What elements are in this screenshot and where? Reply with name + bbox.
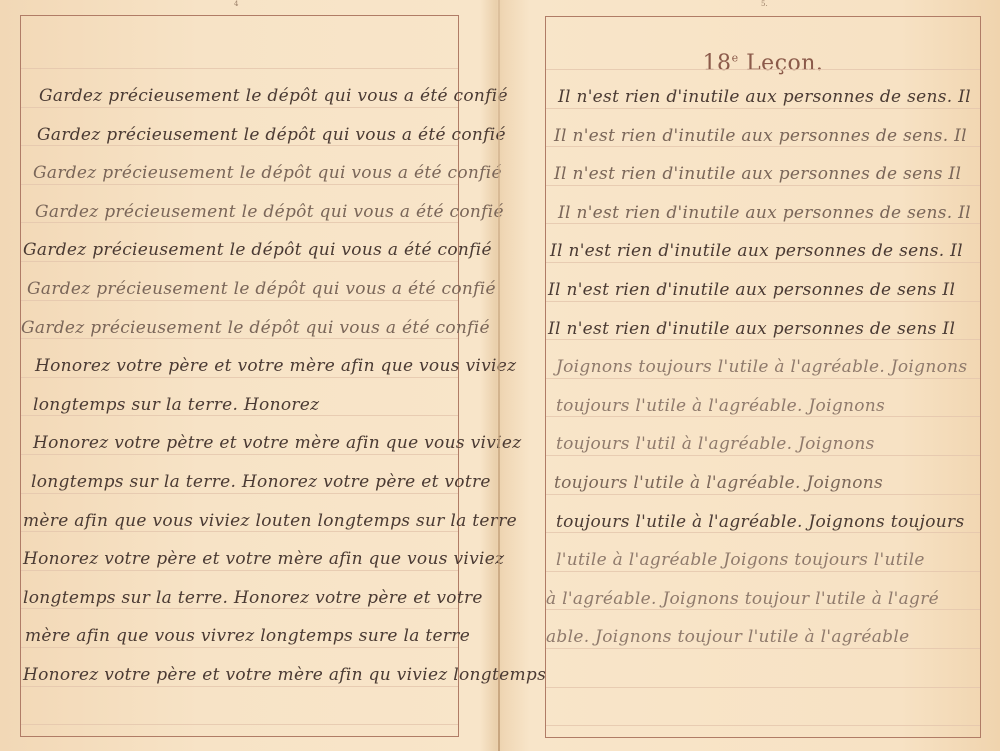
handwritten-line: Gardez précieusement le dépôt qui vous a… (33, 163, 502, 183)
ruled-line (21, 531, 458, 532)
handwritten-line: Il n'est rien d'inutile aux personnes de… (558, 87, 971, 107)
handwritten-line: toujours l'utile à l'agréable. Joignons (554, 473, 883, 493)
ruled-line (546, 339, 980, 340)
left-page-number: 4 (234, 0, 238, 8)
handwritten-line: Gardez précieusement le dépôt qui vous a… (37, 125, 506, 145)
ruled-line (546, 494, 980, 495)
right-page-frame: 18e Leçon. Il n'est rien d'inutile aux p… (545, 16, 981, 738)
ruled-line (21, 68, 458, 69)
lesson-word: Leçon. (739, 51, 824, 76)
ruled-line (546, 571, 980, 572)
handwritten-line: longtemps sur la terre. Honorez votre pè… (31, 472, 491, 492)
handwritten-line: Il n'est rien d'inutile aux personnes de… (548, 319, 955, 339)
lesson-number: 18 (703, 51, 732, 76)
handwritten-line: Joignons toujours l'utile à l'agréable. … (556, 357, 967, 377)
handwritten-line: Gardez précieusement le dépôt qui vous a… (27, 279, 496, 299)
handwritten-line: mère afin que vous viviez louten longtem… (23, 511, 517, 531)
handwritten-line: Gardez précieusement le dépôt qui vous a… (35, 202, 504, 222)
ruled-line (21, 454, 458, 455)
ruled-line (546, 108, 980, 109)
ruled-line (546, 262, 980, 263)
ruled-line (546, 725, 980, 726)
handwritten-line: Il n'est rien d'inutile aux personnes de… (554, 126, 967, 146)
handwritten-line: à l'agréable. Joignons toujour l'utile à… (546, 589, 939, 609)
ruled-line (21, 647, 458, 648)
ruled-line (21, 300, 458, 301)
ruled-line (21, 377, 458, 378)
lesson-title: 18e Leçon. (546, 51, 980, 76)
ruled-line (21, 570, 458, 571)
handwritten-line: Il n'est rien d'inutile aux personnes de… (558, 203, 971, 223)
left-page: 4 Gardez précieusement le dépôt qui vous… (0, 0, 499, 751)
ruled-line (546, 146, 980, 147)
ruled-line (21, 608, 458, 609)
right-page-number: 5. (761, 0, 768, 8)
ruled-line (546, 687, 980, 688)
copybook-spread: 4 Gardez précieusement le dépôt qui vous… (0, 0, 1000, 751)
ruled-line (21, 107, 458, 108)
handwritten-line: Honorez votre père et votre mère afin qu… (23, 665, 546, 685)
ruled-line (546, 301, 980, 302)
ruled-line (21, 415, 458, 416)
handwritten-line: toujours l'utile à l'agréable. Joignons … (556, 512, 964, 532)
handwritten-line: Gardez précieusement le dépôt qui vous a… (23, 240, 492, 260)
handwritten-line: toujours l'util à l'agréable. Joignons (556, 434, 875, 454)
ruled-line (21, 222, 458, 223)
ruled-line (21, 686, 458, 687)
handwritten-line: longtemps sur la terre. Honorez (33, 395, 319, 415)
handwritten-line: mère afin que vous vivrez longtemps sure… (25, 626, 470, 646)
ruled-line (21, 184, 458, 185)
handwritten-line: able. Joignons toujour l'utile à l'agréa… (546, 627, 909, 647)
ruled-line (546, 648, 980, 649)
ruled-line (546, 455, 980, 456)
handwritten-line: Il n'est rien d'inutile aux personnes de… (550, 241, 963, 261)
handwritten-line: Honorez votre père et votre mère afin qu… (23, 549, 504, 569)
ruled-line (21, 338, 458, 339)
ruled-line (546, 416, 980, 417)
handwritten-line: longtemps sur la terre. Honorez votre pè… (23, 588, 483, 608)
ruled-line (21, 261, 458, 262)
handwritten-line: Gardez précieusement le dépôt qui vous a… (21, 318, 490, 338)
ruled-line (21, 145, 458, 146)
lesson-number-suffix: e (732, 52, 739, 65)
handwritten-line: Honorez votre pètre et votre mère afin q… (33, 433, 521, 453)
ruled-line (546, 69, 980, 70)
ruled-line (546, 532, 980, 533)
handwritten-line: Il n'est rien d'inutile aux personnes de… (554, 164, 961, 184)
ruled-line (21, 493, 458, 494)
ruled-line (546, 223, 980, 224)
handwritten-line: Il n'est rien d'inutile aux personnes de… (548, 280, 955, 300)
left-page-frame: Gardez précieusement le dépôt qui vous a… (20, 15, 459, 737)
handwritten-line: Gardez précieusement le dépôt qui vous a… (39, 86, 508, 106)
handwritten-line: l'utile à l'agréable Joigons toujours l'… (556, 550, 925, 570)
ruled-line (546, 185, 980, 186)
handwritten-line: toujours l'utile à l'agréable. Joignons (556, 396, 885, 416)
ruled-line (546, 378, 980, 379)
ruled-line (21, 724, 458, 725)
right-page: 5. 18e Leçon. Il n'est rien d'inutile au… (500, 0, 1000, 751)
ruled-line (546, 609, 980, 610)
handwritten-line: Honorez votre père et votre mère afin qu… (35, 356, 516, 376)
